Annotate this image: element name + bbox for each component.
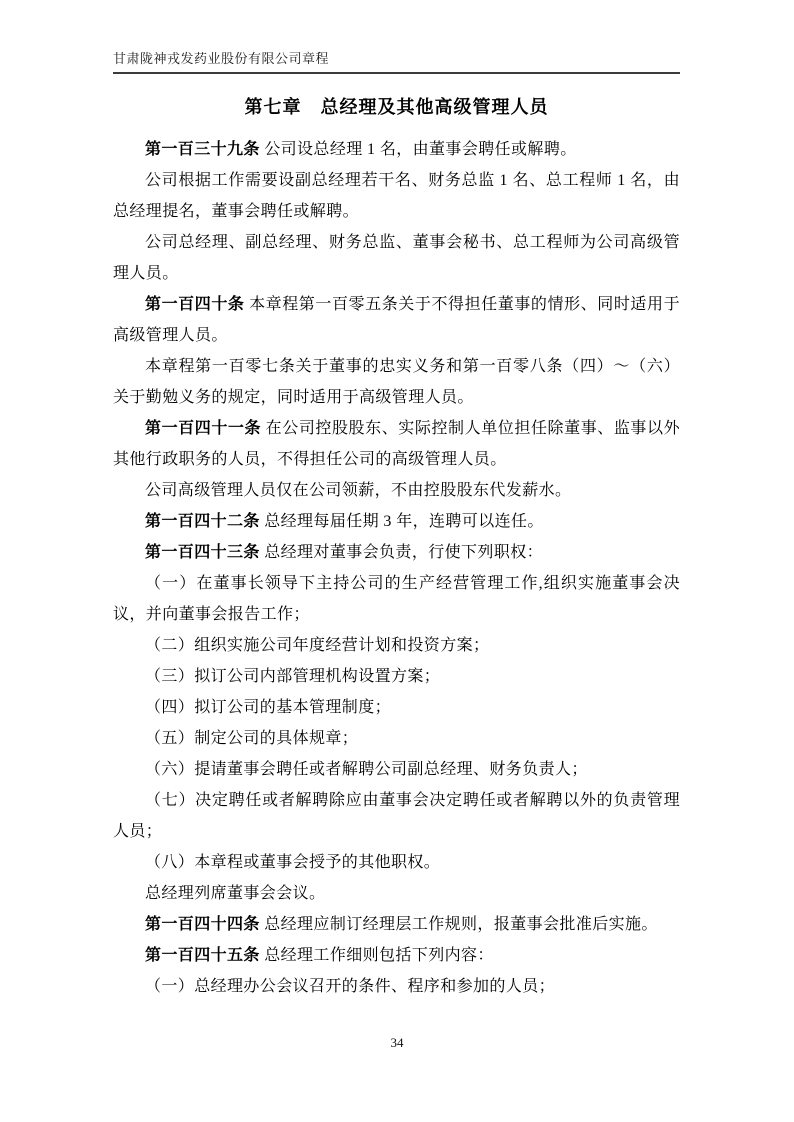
paragraph: （六）提请董事会聘任或者解聘公司副总经理、财务负责人； [113, 754, 680, 785]
paragraph: 公司根据工作需要设副总经理若干名、财务总监 1 名、总工程师 1 名，由总经理提… [113, 165, 680, 227]
article-number: 第一百三十九条 [145, 141, 260, 158]
article-number: 第一百四十二条 [145, 513, 260, 530]
chapter-title: 第七章 总经理及其他高级管理人员 [113, 96, 680, 118]
paragraph: 总经理列席董事会会议。 [113, 878, 680, 909]
paragraph: （七）决定聘任或者解聘除应由董事会决定聘任或者解聘以外的负责管理人员； [113, 785, 680, 847]
page-footer: 34 [0, 1034, 794, 1052]
document-page: 甘肃陇神戎发药业股份有限公司章程 第七章 总经理及其他高级管理人员 第一百三十九… [0, 0, 794, 1122]
paragraph: （一）在董事长领导下主持公司的生产经营管理工作,组织实施董事会决议，并向董事会报… [113, 568, 680, 630]
paragraph: 公司高级管理人员仅在公司领薪，不由控股股东代发薪水。 [113, 475, 680, 506]
paragraph: （一）总经理办公会议召开的条件、程序和参加的人员； [113, 971, 680, 1002]
article-number: 第一百四十四条 [145, 916, 260, 933]
paragraph: （二）组织实施公司年度经营计划和投资方案； [113, 630, 680, 661]
document-body: 第七章 总经理及其他高级管理人员 第一百三十九条 公司设总经理 1 名，由董事会… [113, 96, 680, 1002]
header-rule [113, 72, 680, 74]
paragraph-list: 第一百三十九条 公司设总经理 1 名，由董事会聘任或解聘。公司根据工作需要设副总… [113, 134, 680, 1002]
page-number: 34 [391, 1035, 404, 1050]
page-header: 甘肃陇神戎发药业股份有限公司章程 [113, 0, 680, 74]
article-paragraph: 第一百四十一条 在公司控股股东、实际控制人单位担任除董事、监事以外其他行政职务的… [113, 413, 680, 475]
article-paragraph: 第一百四十五条 总经理工作细则包括下列内容： [113, 940, 680, 971]
paragraph: （五）制定公司的具体规章； [113, 723, 680, 754]
article-number: 第一百四十三条 [145, 544, 260, 561]
article-paragraph: 第一百三十九条 公司设总经理 1 名，由董事会聘任或解聘。 [113, 134, 680, 165]
article-paragraph: 第一百四十条 本章程第一百零五条关于不得担任董事的情形、同时适用于高级管理人员。 [113, 289, 680, 351]
paragraph: 本章程第一百零七条关于董事的忠实义务和第一百零八条（四）～（六）关于勤勉义务的规… [113, 351, 680, 413]
header-title: 甘肃陇神戎发药业股份有限公司章程 [113, 50, 680, 67]
article-paragraph: 第一百四十三条 总经理对董事会负责，行使下列职权： [113, 537, 680, 568]
paragraph: 公司总经理、副总经理、财务总监、董事会秘书、总工程师为公司高级管理人员。 [113, 227, 680, 289]
paragraph: （三）拟订公司内部管理机构设置方案； [113, 661, 680, 692]
article-number: 第一百四十一条 [145, 420, 261, 437]
paragraph: （八）本章程或董事会授予的其他职权。 [113, 847, 680, 878]
article-number: 第一百四十条 [145, 296, 244, 313]
article-paragraph: 第一百四十四条 总经理应制订经理层工作规则，报董事会批准后实施。 [113, 909, 680, 940]
article-paragraph: 第一百四十二条 总经理每届任期 3 年，连聘可以连任。 [113, 506, 680, 537]
article-number: 第一百四十五条 [145, 947, 260, 964]
paragraph: （四）拟订公司的基本管理制度； [113, 692, 680, 723]
